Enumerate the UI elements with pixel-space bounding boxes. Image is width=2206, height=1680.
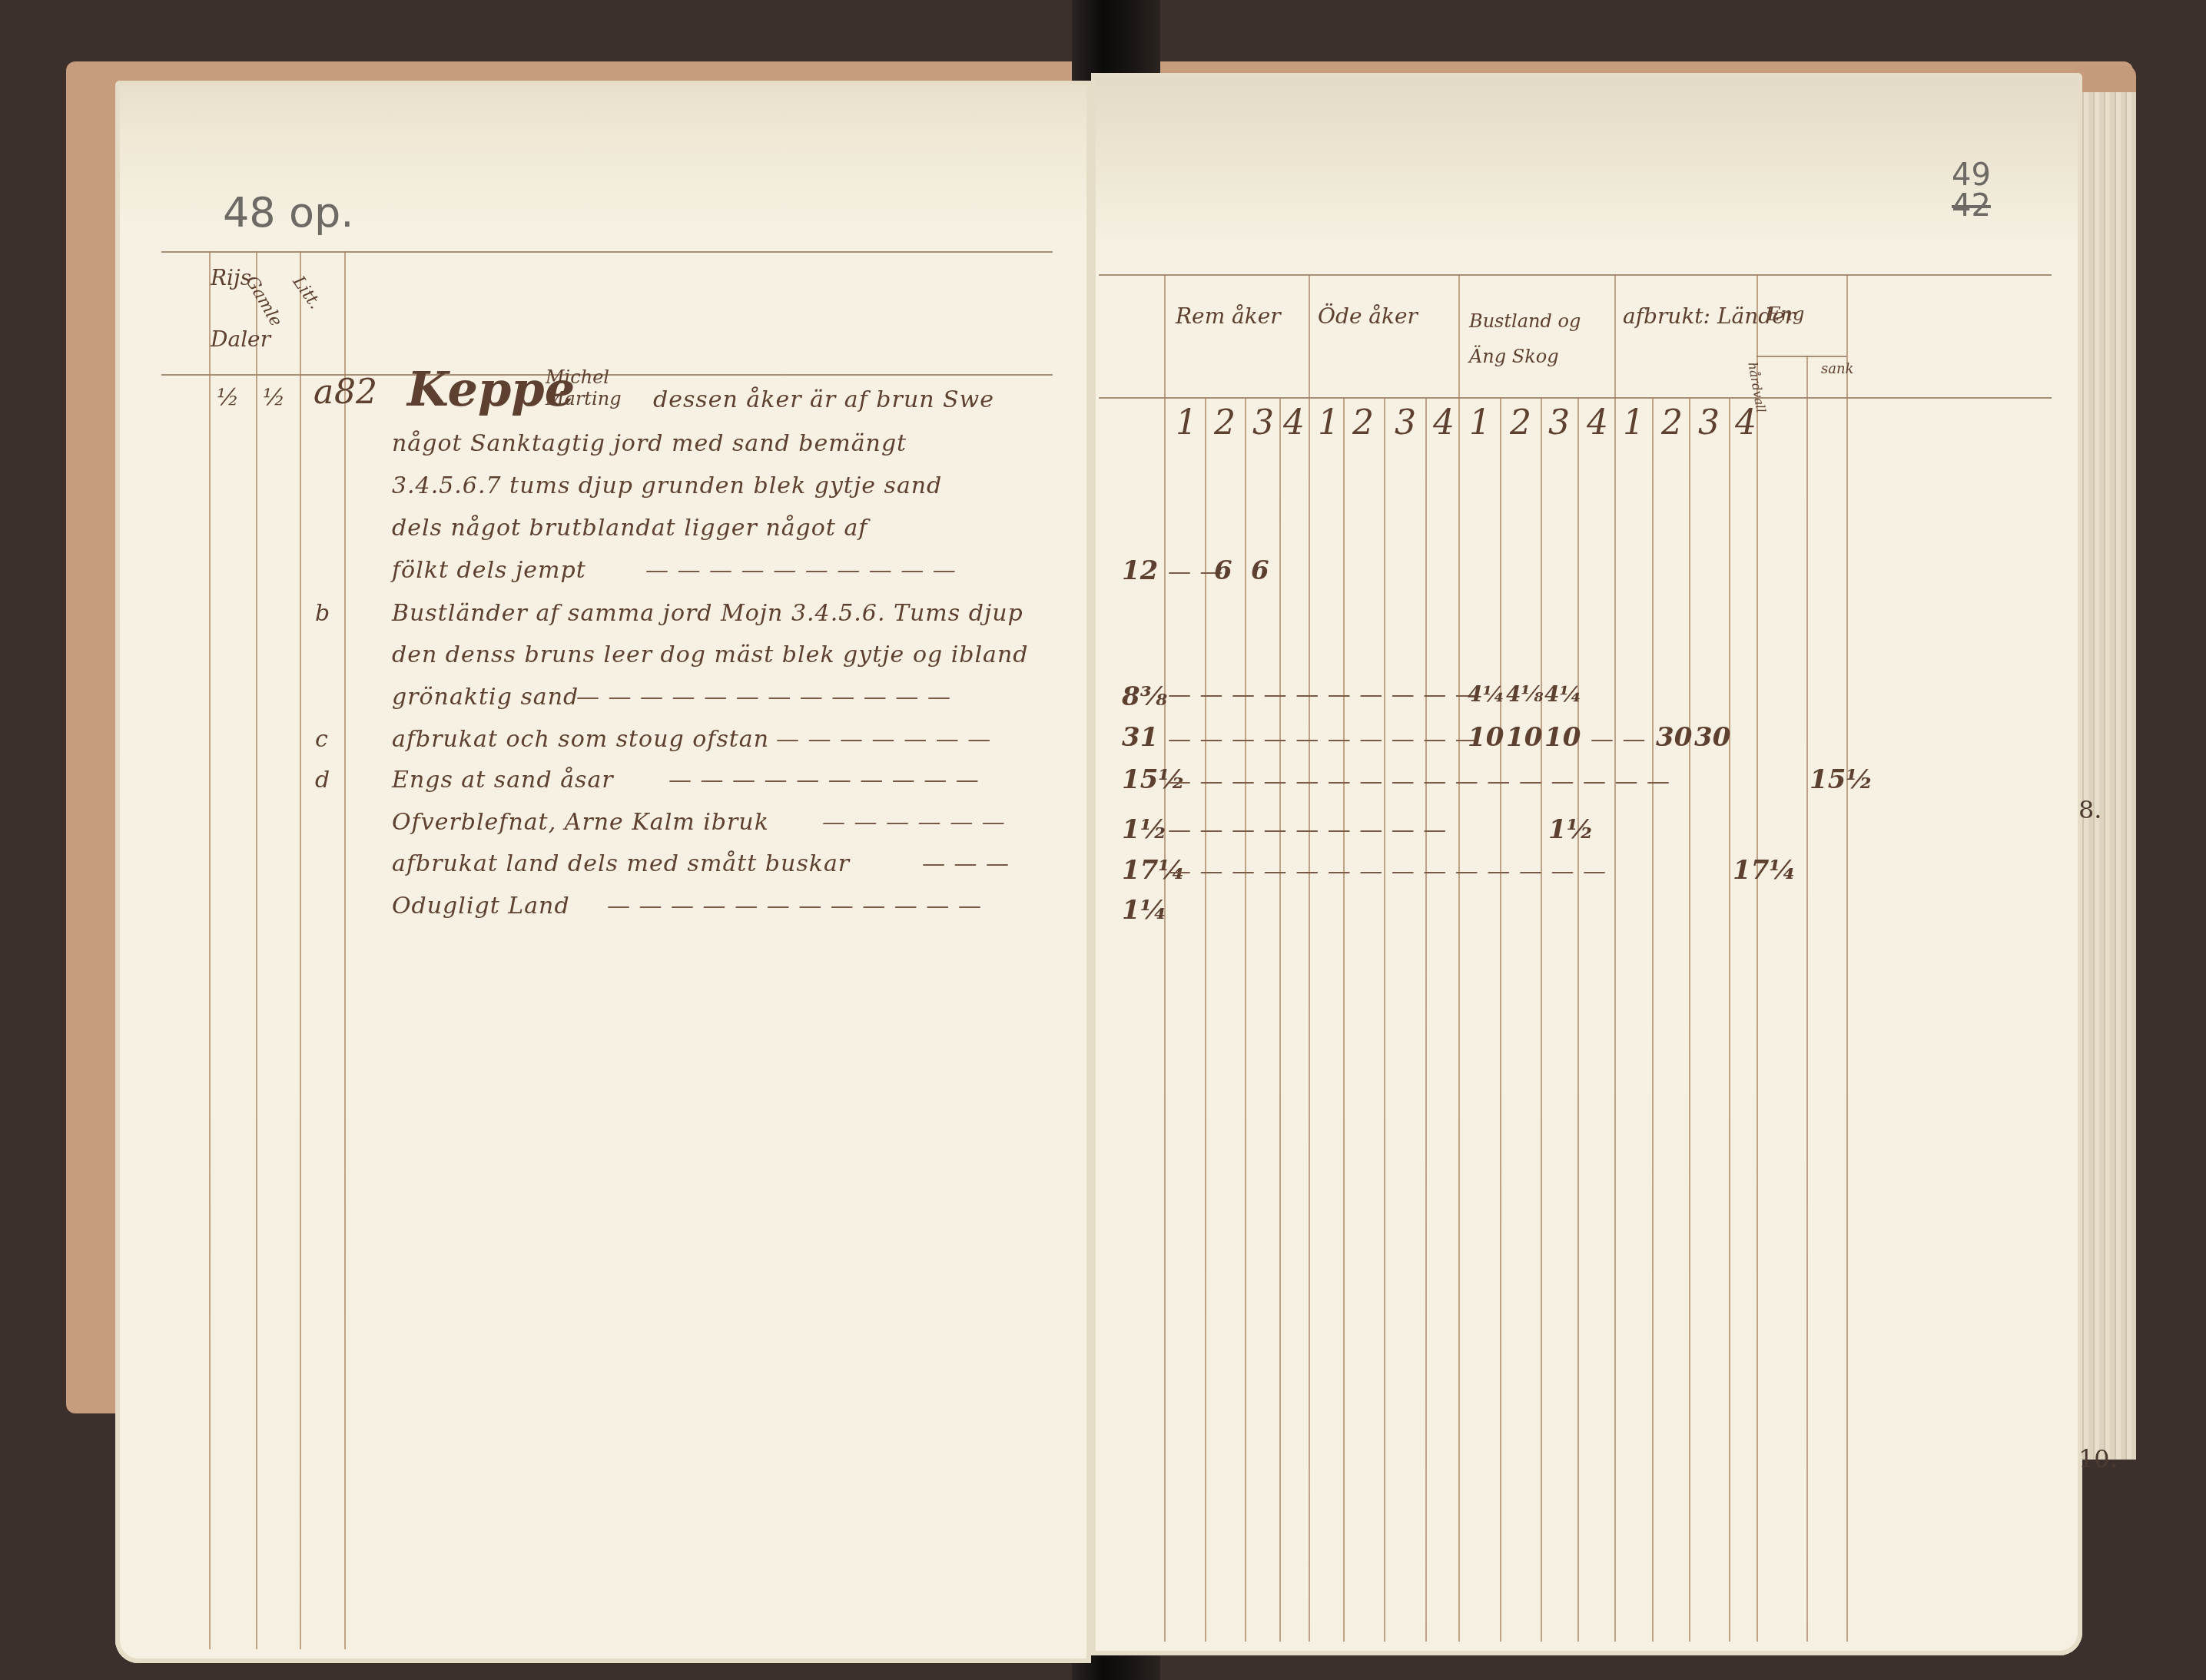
sub-header: 1: [1176, 403, 1197, 442]
group-rule: [1458, 274, 1460, 1642]
desc-line: den denss bruns leer dog mäst blek gytje…: [392, 641, 1029, 668]
cell-afbr-4: 17¼: [1733, 855, 1796, 886]
game-value: ½: [263, 384, 286, 411]
group-rule: [1614, 274, 1616, 1642]
line-letter: c: [315, 726, 329, 753]
header-bottom-rule: [1099, 397, 2052, 399]
sub-rule: [1500, 397, 1501, 1642]
row-total: 8⅜: [1122, 681, 1167, 712]
sub-header: 4: [1735, 403, 1757, 442]
sub-rule: [1245, 397, 1246, 1642]
group-header-rem-aker: Rem åker: [1176, 303, 1281, 329]
desc-line: Engs at sand åsar: [392, 767, 614, 794]
right-page-number-bottom: 42: [1952, 188, 1991, 224]
group-header-bustland: Bustland og Äng Skog: [1469, 303, 1607, 374]
desc-line: Odugligt Land: [392, 893, 570, 920]
owner-2: Marting: [546, 388, 622, 409]
sub-rule: [1425, 397, 1427, 1642]
group-rule: [1309, 274, 1310, 1642]
desc-line: afbrukat land dels med smått buskar: [392, 850, 850, 877]
desc-line: fölkt dels jempt: [392, 557, 586, 584]
desc-line: 3.4.5.6.7 tums djup grunden blek gytje s…: [392, 472, 942, 499]
desc-line: något Sanktagtig jord med sand bemängt: [392, 430, 907, 457]
desc-line: Bustländer af samma jord Mojn 3.4.5.6. T…: [392, 600, 1023, 627]
sub-header: 3: [1698, 403, 1720, 442]
leader-dashes: — — — — — — — — —: [1168, 817, 1447, 843]
sub-header: 3: [1548, 403, 1570, 442]
sub-rule: [1541, 397, 1542, 1642]
sub-header: 2: [1352, 403, 1374, 442]
group-header-ode-aker: Öde åker: [1318, 303, 1418, 329]
right-page: 49 42 Rem åker Öde åker afbrukt: Länder …: [1091, 73, 2082, 1655]
desc-line: grönaktig sand: [392, 684, 579, 711]
cell-bust-2: 10: [1506, 722, 1542, 753]
rijs-value: ½: [217, 384, 240, 411]
desc-line: Ofverblefnat, Arne Kalm ibruk: [392, 809, 769, 836]
group-rule: [1757, 274, 1758, 1642]
cell-bust-1: 4¼: [1468, 681, 1505, 707]
leader-dashes: — —: [1591, 726, 1647, 753]
leader-dashes: — — — — — — — — — — — —: [576, 684, 951, 711]
sub-rule: [1279, 397, 1281, 1642]
sub-rule: [1384, 397, 1385, 1642]
col-header-litt: Litt.: [289, 273, 325, 313]
sub-rule: [1652, 397, 1654, 1642]
row-total: 31: [1122, 722, 1158, 753]
desc-line: dessen åker är af brun Swe: [653, 386, 994, 413]
row-total: 12: [1122, 555, 1158, 586]
header-top-rule: [161, 251, 1053, 253]
leader-dashes: — — — — — — — — — — — — — — — —: [1168, 768, 1670, 795]
row-total: 1½: [1122, 814, 1167, 845]
cell-bust-3: 4¼: [1544, 681, 1582, 707]
col-header-daler: Daler: [211, 326, 270, 352]
leader-dashes: — — — — — — — — — — — —: [607, 893, 982, 920]
cell-bust-1: 10: [1468, 722, 1504, 753]
desc-line: dels något brutblandat ligger något af: [392, 515, 867, 542]
sub-header: 2: [1510, 403, 1531, 442]
sub-header: 4: [1587, 403, 1608, 442]
cell-bust-3: 10: [1544, 722, 1581, 753]
sub-header: 3: [1395, 403, 1416, 442]
desc-line: afbrukat och som stoug ofstan: [392, 726, 769, 753]
edge-mark: 10.: [2078, 1444, 2118, 1473]
sub-header: 1: [1469, 403, 1491, 442]
cell-afbr-4: 30: [1694, 722, 1730, 753]
leader-dashes: — — — — — — —: [776, 726, 991, 753]
edge-mark: 8.: [2078, 795, 2102, 824]
leader-dashes: — — — — — — — — — —: [645, 557, 957, 584]
sub-header: 1: [1623, 403, 1644, 442]
cell-rem-3: 6: [1251, 555, 1269, 586]
col-rule-1: [209, 251, 211, 1649]
leader-dashes: — — — — — — — — — —: [1168, 681, 1479, 708]
cell-rem-2: 6: [1214, 555, 1232, 586]
sub-rule: [1577, 397, 1579, 1642]
leader-dashes: — — — — — — — — — —: [1168, 726, 1479, 753]
col-rule-3: [300, 251, 301, 1649]
sub-rule: [1689, 397, 1690, 1642]
entry-litt: a: [313, 373, 333, 412]
col-header-game: Gamle: [241, 273, 285, 330]
row-total: 1¼: [1122, 895, 1167, 926]
left-page-number: 48 op.: [223, 188, 353, 237]
sub-header: 4: [1433, 403, 1455, 442]
left-page: 48 op. Rijs Daler Gamle Litt. ½ ½ a 82 K…: [115, 81, 1091, 1663]
cell-bust-3: 1½: [1548, 814, 1594, 845]
eng-sub-rule: [1806, 356, 1808, 1642]
line-letter: b: [315, 600, 330, 627]
cell-afbr-3: 30: [1656, 722, 1692, 753]
sub-header: 2: [1661, 403, 1683, 442]
col-rule-2: [256, 251, 257, 1649]
col-total-rule: [1164, 274, 1166, 1642]
line-letter: d: [315, 767, 330, 794]
sub-rule: [1729, 397, 1730, 1642]
cell-bust-2: 4⅛: [1506, 681, 1543, 707]
leader-dashes: — — — — — — — — — —: [668, 767, 980, 794]
eng-sub-header-rule: [1757, 356, 1846, 357]
leader-dashes: — — —: [922, 850, 1010, 877]
owner-1: Michel: [546, 366, 609, 388]
header-top-rule: [1099, 274, 2052, 276]
sub-header: 3: [1252, 403, 1274, 442]
cell-eng-sank: 15½: [1810, 764, 1873, 795]
leader-dashes: — — — — — — — — — — — — — —: [1168, 858, 1607, 885]
sub-header: 1: [1318, 403, 1339, 442]
sub-header-sank: sank: [1821, 361, 1853, 377]
group-header-eng: Eng: [1767, 303, 1804, 325]
sub-header: 4: [1283, 403, 1305, 442]
entry-number: 82: [334, 373, 377, 412]
sub-rule: [1343, 397, 1345, 1642]
sub-header: 2: [1214, 403, 1236, 442]
group-rule: [1846, 274, 1848, 1642]
col-rule-4: [344, 251, 346, 1649]
leader-dashes: — — — — — —: [822, 809, 1006, 836]
